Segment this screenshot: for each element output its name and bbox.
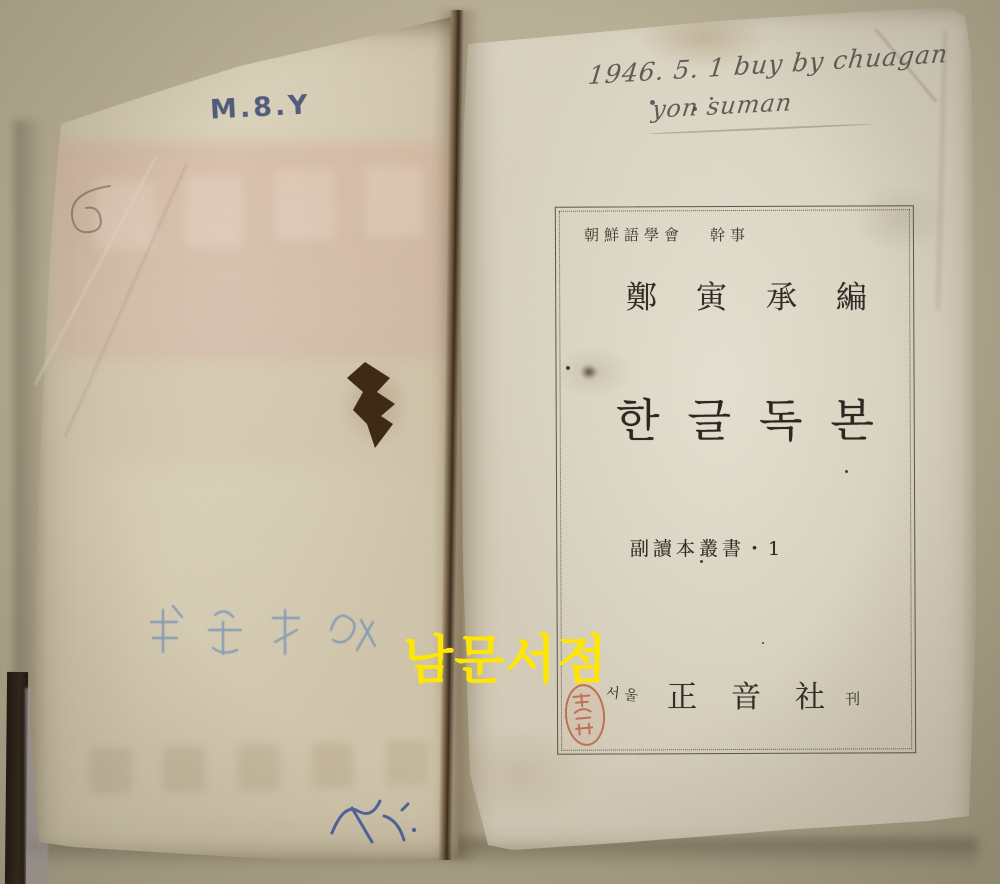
ghost-glyph-blob <box>365 165 423 237</box>
ghost-glyph-blob <box>275 170 335 240</box>
bookstore-watermark: 남문서점 <box>403 618 608 693</box>
series-line: 副讀本叢書・1 <box>556 534 987 561</box>
publisher-suffix: 刊 <box>845 688 860 709</box>
society-name: 朝鮮語學會 <box>584 224 684 245</box>
editor-line: 鄭寅承編 <box>556 272 983 317</box>
society-line: 朝鮮語學會 幹事 <box>584 224 750 245</box>
photo-of-old-book: M.8.Y <box>0 0 1000 884</box>
cover-initials: M.8.Y <box>209 89 311 125</box>
blue-ink-scribble <box>322 788 432 858</box>
seal-glyphs <box>565 685 602 742</box>
publisher-place: 서울 <box>605 682 644 706</box>
publisher-row: 서울 正音社 刊 <box>556 672 963 716</box>
faded-blue-inscription <box>105 598 405 673</box>
society-role: 幹事 <box>710 224 750 245</box>
pencil-loop-mark <box>62 178 122 248</box>
ghost-glyph-blob <box>185 175 243 247</box>
publisher-name: 正音社 <box>667 672 859 716</box>
book-title: 한글독본 <box>556 384 973 449</box>
